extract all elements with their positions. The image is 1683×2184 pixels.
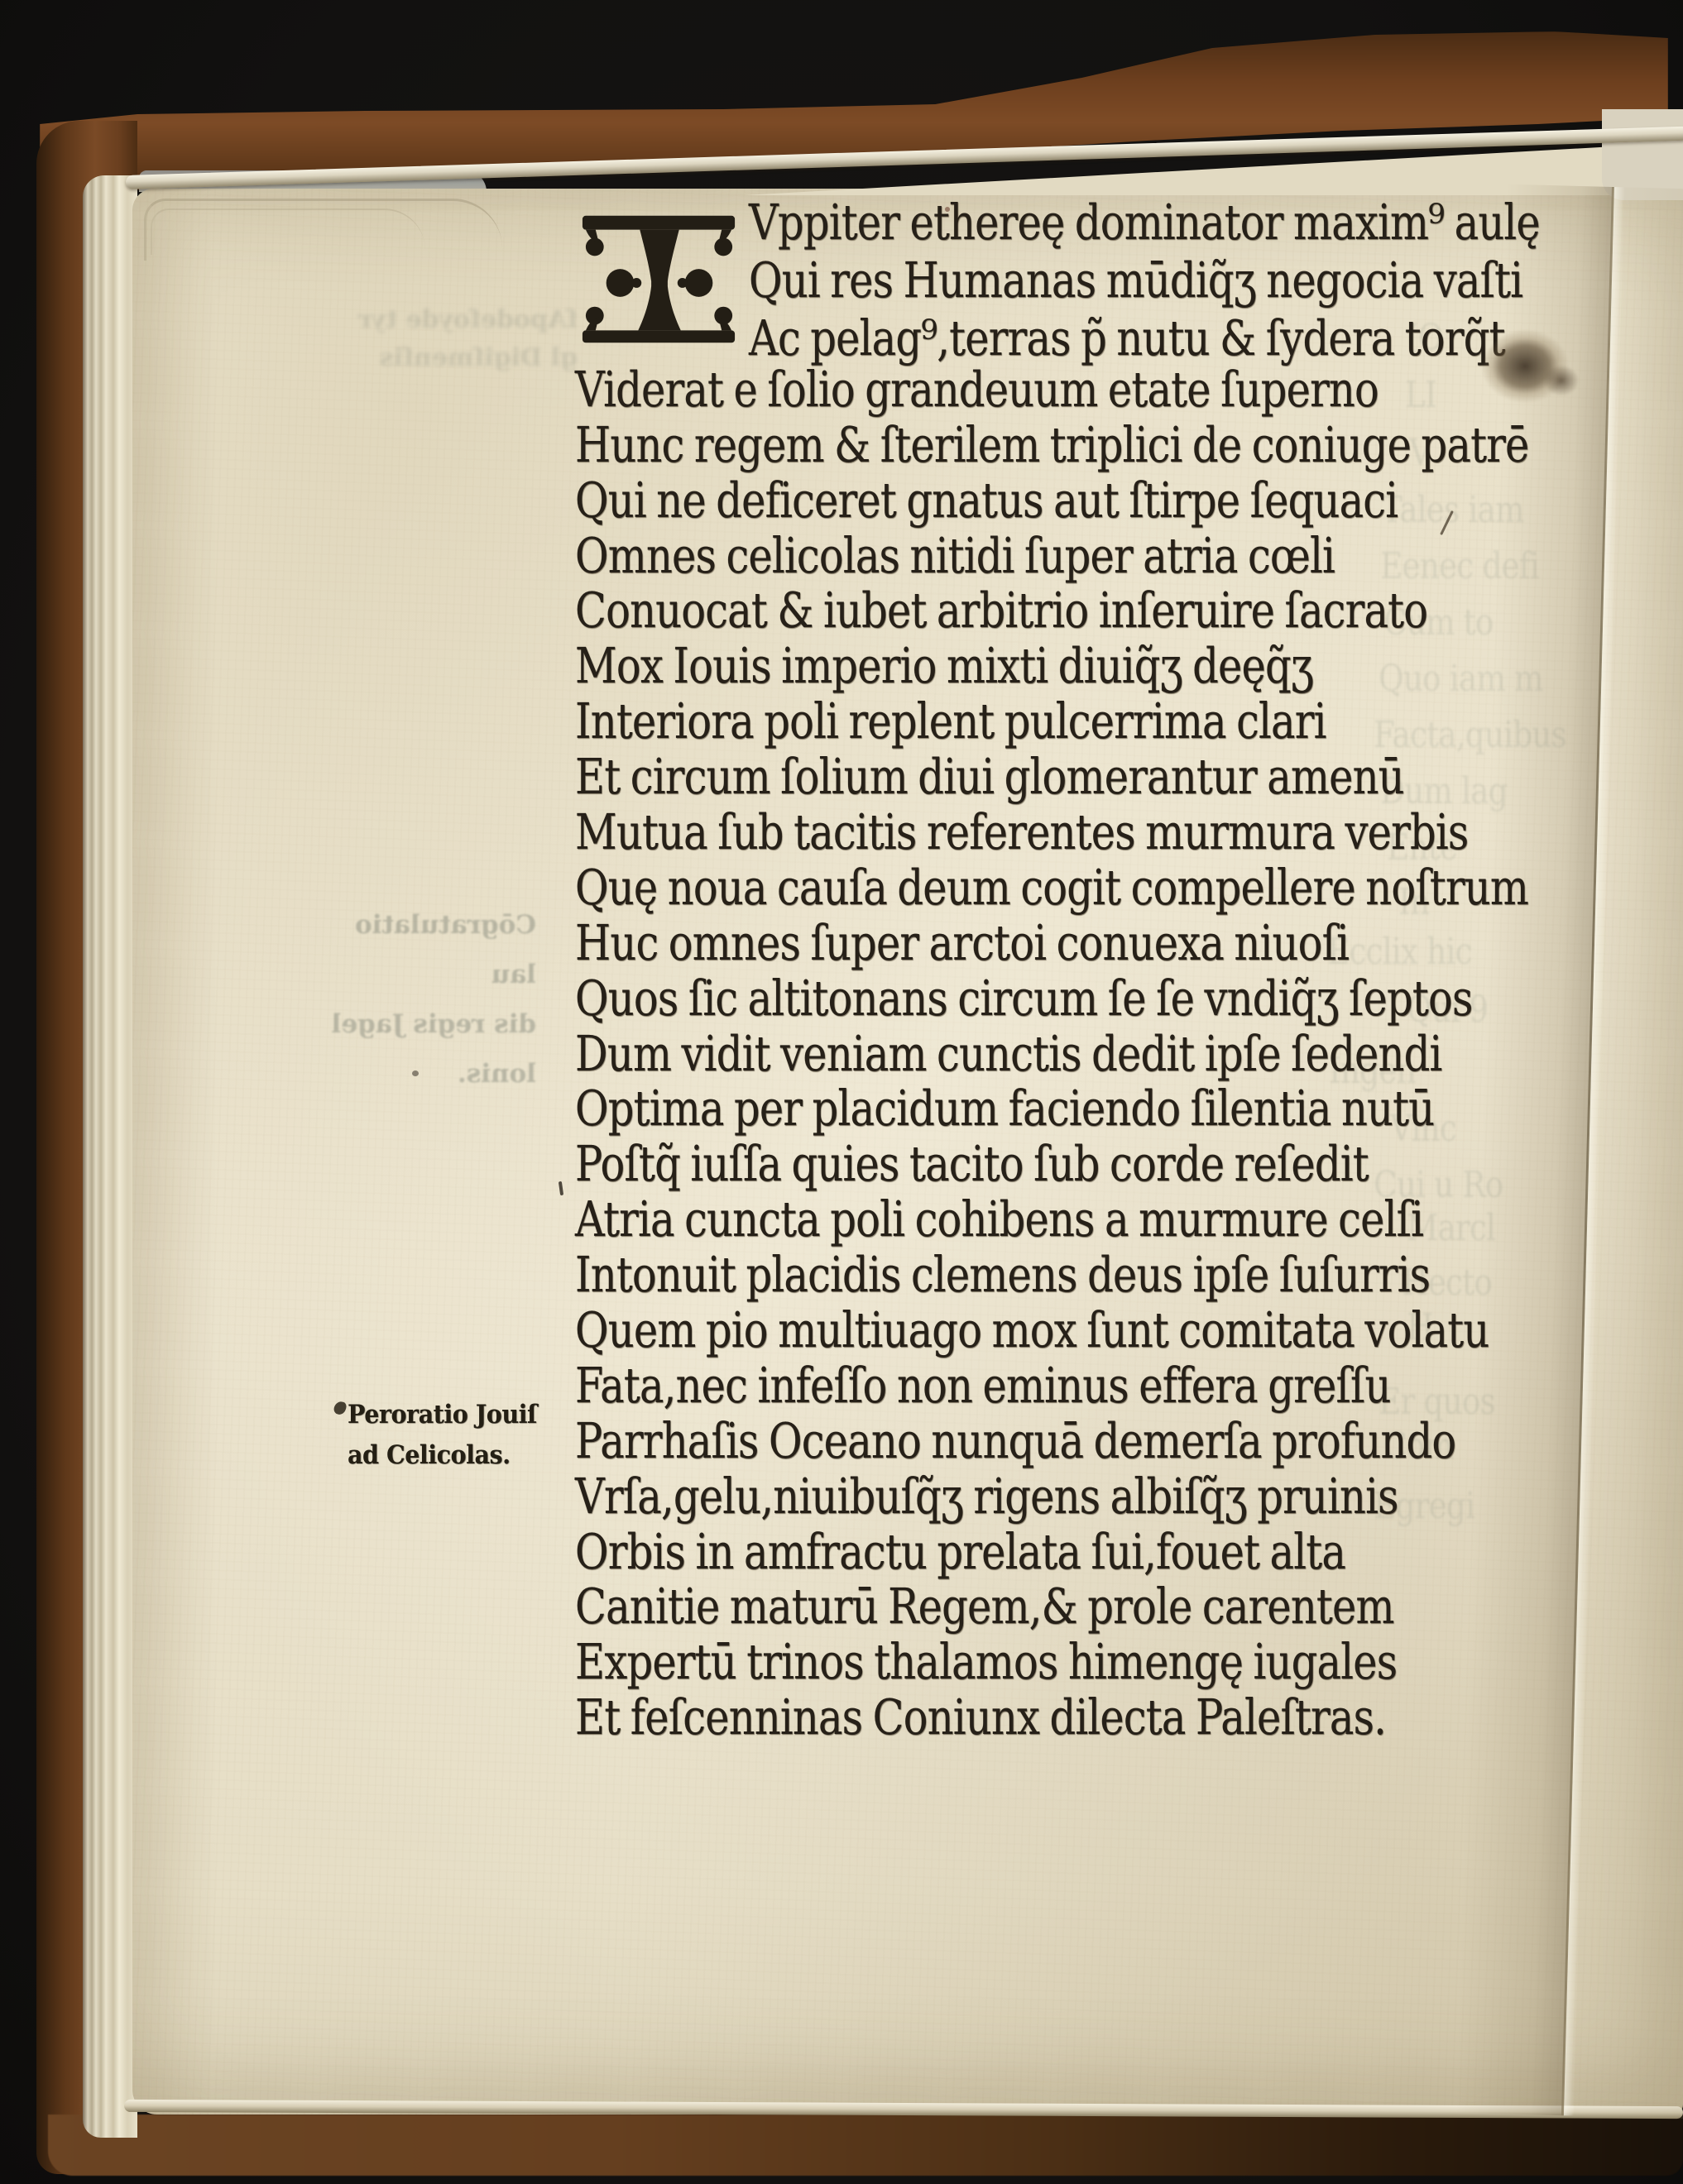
verse-line: Orbis in amfractu prelata ſui,fouet alta [575,1526,1345,1578]
page-stack-fore-edge [83,175,137,2138]
verse-line: Viderat e ſolio grandeuum etate ſuperno [575,364,1379,415]
verse-line: Ac pelag⁹,terras p̃ nutu & ſydera torq̃t [749,313,1505,364]
showthrough-mirrored-note: Cōgratulatio lau dis regis Jagel lonis. [324,900,536,1099]
verse-line: Et feſcenninas Coniunx dilecta Paleſtras… [575,1692,1386,1743]
verse-line: Poſtq̃ iuſſa quies tacito ſub corde reſe… [575,1138,1369,1190]
verse-line: Canitie maturū Regem,& prole carentem [575,1581,1394,1632]
showthrough-fragment: LI [1405,376,1436,414]
showthrough-line: dis regis Jagel [324,999,536,1049]
margin-note-line: Peroratio Jouiſ [348,1395,576,1435]
verse-line: Atria cuncta poli cohibens a murmure cel… [575,1194,1423,1245]
verse-line: Optima per placidum faciendo ſilentia nu… [575,1083,1434,1134]
ink-stain-small [1541,362,1582,399]
verse-line: Huc omnes ſuper arctoi conuexa niuoſi [575,917,1349,969]
showthrough-fragment: Ecclix hic [1327,933,1472,971]
showthrough-line: Cōgratulatio lau [324,900,536,999]
showthrough-line: gl Digiſmenſis [329,339,578,377]
verse-line: Interiora poli replent pulcerrima clari [575,696,1326,747]
verse-line: Mox Iouis imperio mixti diuiq̃ʒ deęq̃ʒ [575,640,1313,692]
verse-line: Fata,nec infeſſo non eminus effera greſſ… [575,1360,1391,1411]
verse-line: Hunc regem & ſterilem triplici de coniug… [575,419,1529,471]
verse-line: Et circum ſolium diui glomerantur amenū [575,751,1404,802]
verse-line: Expertū trinos thalamos himengę iugales [575,1636,1397,1688]
drop-cap-glyph [578,200,741,364]
showthrough-line: lonis. [324,1049,536,1099]
verse-line: Dum vidit veniam cunctis dedit ipſe ſede… [575,1028,1441,1080]
paper-speck [412,1070,419,1076]
margin-note: Peroratio Jouiſ ad Celicolas. [348,1395,576,1476]
drop-cap-initial-I [578,200,741,364]
showthrough-top-left: ſApodeſoyde tyr gl Digiſmenſis [329,301,578,377]
verse-line: Quę noua cauſa deum cogit compellere noſ… [575,862,1528,913]
page-corner-line-inner [151,208,425,255]
paper-speck [945,207,950,212]
verse-line: Parrhaſis Oceano nunquā demerſa profundo [575,1415,1455,1467]
book-scan: ſApodeſoyde tyr gl Digiſmenſis Cōgratula… [0,0,1683,2184]
verse-line: Intonuit placidis clemens deus ipſe ſuſu… [575,1249,1430,1300]
verse-line: Quem pio multiuago mox ſunt comitata vol… [575,1305,1489,1356]
leather-cover-bottom-edge [48,2115,1683,2176]
verse-line: Qui ne deficeret gnatus aut ſtirpe ſequa… [575,475,1398,526]
verse-line: Omnes celicolas nitidi ſuper atria cœli [575,530,1335,582]
verse-line: Vppiter ethereę dominator maxim⁹ aulę [749,197,1540,248]
verse-line: Quos ſic altitonans circum ſe ſe vndiq̃ʒ… [575,973,1473,1024]
margin-note-line: ad Celicolas. [348,1435,576,1476]
showthrough-fragment: Eenec defi [1380,548,1539,586]
verse-line: Conuocat & iubet arbitrio inſeruire ſacr… [575,585,1427,636]
showthrough-line: ſApodeſoyde tyr [329,301,578,339]
showthrough-fragment: Quo iam m [1379,660,1543,698]
verse-line: Mutua ſub tacitis referentes murmura ver… [575,807,1468,858]
verse-line: Qui res Humanas mūdiq̃ʒ negocia vaſti [749,255,1522,306]
gutter-fold [1563,187,1613,2115]
verse-line: Vrſa,gelu,niuibuſq̃ʒ rigens albiſq̃ʒ pru… [575,1471,1398,1522]
